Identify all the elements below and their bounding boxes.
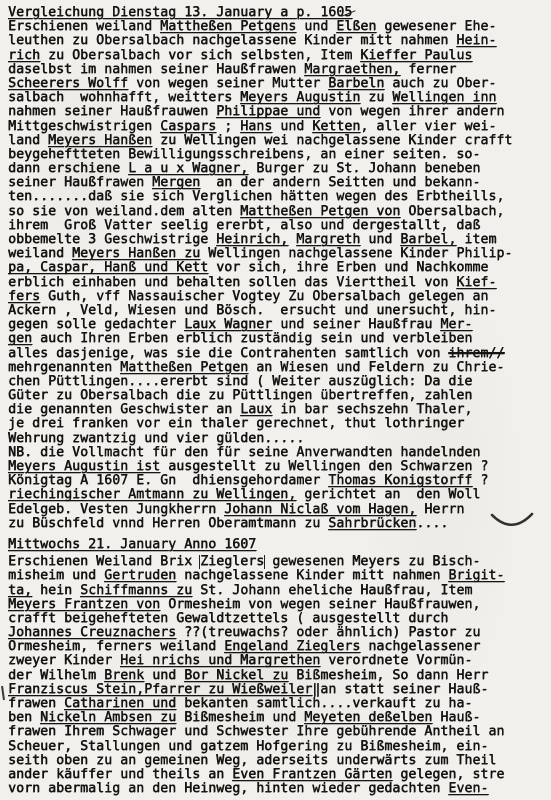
text-line: pa, Caspar, Hanß und Kett vor sich, ihre… xyxy=(8,261,551,275)
text-line: zweyer Kinder Hei nrichs und Margrethen … xyxy=(8,654,551,668)
text-line: misheim und Gertruden nachgelassene Kind… xyxy=(8,569,551,583)
text-run: Hei nrichs und Margrethen xyxy=(120,654,320,668)
text-run: Edelgeb. Vesten Jungkherrn xyxy=(8,503,224,517)
text-run: Brigit- xyxy=(448,569,504,583)
text-run: Meyers Hanßen xyxy=(48,134,152,148)
entry-heading-jan-13-1605: Vergleichung Dienstag 13. January a p. 1… xyxy=(8,6,551,20)
text-run: Burger zu St. Johann beneben xyxy=(248,162,480,176)
text-run: frawen Ihrem Schwager und Schwester Ihre… xyxy=(8,725,504,739)
text-run: Sahrbrücken xyxy=(328,517,416,531)
text-run: zweyer Kinder xyxy=(8,654,120,668)
text-run: und xyxy=(296,20,336,34)
text-line: seith oben zu an gemeinen Weg, aderseits… xyxy=(8,754,551,768)
text-run: item xyxy=(456,233,496,247)
text-line: frawen Ihrem Schwager und Schwester Ihre… xyxy=(8,725,551,739)
text-run: Brenk xyxy=(104,669,144,683)
text-run: ausgestellt zu Wellingen den Schwarzen ? xyxy=(160,460,488,474)
text-run: Ketten xyxy=(312,120,360,134)
text-run: Ackern , Veld, Wiesen und Bösch. ersucht… xyxy=(8,304,496,318)
text-run: Ormesheim, ferners weiland xyxy=(8,640,224,654)
text-run: vorn abermalig an den Heinweg, hinten wi… xyxy=(8,782,448,796)
text-run: Mergen xyxy=(152,176,200,190)
text-run: Herrn xyxy=(416,503,464,517)
text-run: gen xyxy=(8,332,32,346)
text-run: gewesenen Meyers zu Bisch- xyxy=(264,555,480,569)
text-line: NB. die Vollmacht für den für seine Anve… xyxy=(8,446,551,460)
text-line: frawen Catharinen und bekanten samtlich.… xyxy=(8,697,551,711)
text-run: Wellingen inn xyxy=(392,91,496,105)
text-run: nahmen seiner Haußfrauwen xyxy=(8,105,216,119)
text-run: Laux xyxy=(240,403,272,417)
text-run: 5 xyxy=(344,6,352,20)
text-run: Elßen xyxy=(336,20,376,34)
text-run: L a u x Wagner, xyxy=(128,162,248,176)
text-run: gerichtet an den Woll xyxy=(296,488,480,502)
text-run: Ormesheim von wegen seiner Haußfrauwen, xyxy=(160,598,480,612)
text-run: Mattheßen Petgens xyxy=(160,20,296,34)
text-line: die genannten Geschwister an Laux in bar… xyxy=(8,403,551,417)
text-line: beygeheftteten Bewilligungsschreibens, a… xyxy=(8,148,551,162)
text-run: Kieffer Paulus xyxy=(360,49,472,63)
text-run: Johannes Creuznachers xyxy=(8,626,176,640)
text-run: Heinrich, xyxy=(216,233,288,247)
text-line: Meyers Augustin ist ausgestellt zu Welli… xyxy=(8,460,551,474)
text-run: Hauß- xyxy=(432,711,480,725)
text-run: land xyxy=(8,134,48,148)
text-run: Bißmesheim, So dann Herr xyxy=(288,669,488,683)
text-run: Meyers Frantzen von xyxy=(8,598,160,612)
text-run: Obersalbach, xyxy=(400,205,504,219)
text-run: von wegen seiner Mutter xyxy=(128,77,328,91)
text-run: ; xyxy=(216,120,240,134)
text-run: misheim und xyxy=(8,569,104,583)
text-run: zu xyxy=(360,91,392,105)
entry-heading-jan-21-1607: Mittwochs 21. January Anno 1607 xyxy=(8,538,551,552)
text-line: dann erschiene L a u x Wagner, Burger zu… xyxy=(8,162,551,176)
text-run: Wellingen nachgelassene Kinder Philip- xyxy=(200,247,512,261)
text-run: , aller vier wei- xyxy=(360,120,496,134)
text-line: so sie von weiland.dem alten Mattheßen P… xyxy=(8,205,551,219)
text-run: Mattheßen Petgen xyxy=(120,361,248,375)
text-run: Mer- xyxy=(440,318,472,332)
text-run: salbach wohnhafft, weitters xyxy=(8,91,240,105)
text-run: pa, Caspar, Hanß und Kett xyxy=(8,261,208,275)
text-run: Erschienen Weiland Brix xyxy=(8,555,200,569)
text-run: Gertruden xyxy=(104,569,176,583)
text-line: ihrem Groß Vatter seelig ererbt, also un… xyxy=(8,219,551,233)
text-line: Johannes Creuznachers ??(treuwachs? oder… xyxy=(8,626,551,640)
text-run: gelegen, stre xyxy=(392,768,504,782)
text-run: mehrgenannten xyxy=(8,361,120,375)
text-run: crafft beigehefteten Gewaldtzettels ( au… xyxy=(8,612,448,626)
text-run: frawen xyxy=(8,697,64,711)
text-run: zu Obersalbach vor sich selbsten, Item xyxy=(40,49,360,63)
text-run: je drei franken vor ein thaler gerechnet… xyxy=(8,417,464,431)
text-run: vor sich, ihre Erben und Nachkomme xyxy=(208,261,488,275)
text-run: ihrem// xyxy=(448,347,504,361)
text-line: erblich einhaben und behalten sollen das… xyxy=(8,276,551,290)
text-run: Philippae und xyxy=(216,105,320,119)
text-line: vorn abermalig an den Heinweg, hinten wi… xyxy=(8,782,551,796)
text-run: und xyxy=(360,233,400,247)
text-line: gen auch Ihren Erben erblich zuständig s… xyxy=(8,332,551,346)
text-run: seith oben zu an gemeinen Weg, aderseits… xyxy=(8,754,496,768)
text-run: Bißmesheim und xyxy=(176,711,304,725)
text-line: crafft beigehefteten Gewaldtzettels ( au… xyxy=(8,612,551,626)
text-run: Wehrung zwantzig und vier gülden..... xyxy=(8,432,304,446)
text-line: Edelgeb. Vesten Jungkherrn Johann Niclaß… xyxy=(8,503,551,517)
text-run: die genannten Geschwister an xyxy=(8,403,240,417)
text-run: Mittgeschwistrigen xyxy=(8,120,160,134)
text-run: Mittwochs 21. January Anno 1607 xyxy=(8,538,256,552)
text-run: Hein- xyxy=(456,34,496,48)
text-run: Caspars xyxy=(160,120,216,134)
text-run: an Wiesen und Feldern zu Chrie- xyxy=(248,361,504,375)
text-run: Erschienen weiland xyxy=(8,20,160,34)
text-run: St. Johann eheliche Haußfrau, Item xyxy=(192,584,472,598)
text-run: ‖an statt seiner Hauß- xyxy=(312,683,488,697)
text-run: rich xyxy=(8,49,40,63)
text-run: nachgelassener xyxy=(360,640,480,654)
text-line: gegen solle gedachter Laux Wagner und se… xyxy=(8,318,551,332)
text-run: weiland xyxy=(8,247,72,261)
text-run: alles dasjenige, was sie die Contrahente… xyxy=(8,347,448,361)
text-run: an der andern Seitten und bekann- xyxy=(200,176,480,190)
text-line: Mittgeschwistrigen Caspars ; Hans und Ke… xyxy=(8,120,551,134)
text-run: Scheuer, Stallungen und gatzem Hofgering… xyxy=(8,740,488,754)
text-line: Wehrung zwantzig und vier gülden..... xyxy=(8,432,551,446)
text-run: so sie von weiland.dem alten xyxy=(8,205,240,219)
text-run: gewesener Ehe- xyxy=(376,20,496,34)
text-run: fers xyxy=(8,290,40,304)
text-line: Scheerers Wolff von wegen seiner Mutter … xyxy=(8,77,551,91)
text-run: Barbel, xyxy=(400,233,456,247)
text-line: Königtag A 1607 E. Gn dhiensgehordamer T… xyxy=(8,474,551,488)
text-run: Margreth xyxy=(296,233,360,247)
text-run: dann erschiene xyxy=(8,162,128,176)
text-run: verordnete Vormün- xyxy=(320,654,472,668)
text-run: auch Ihren Erben erblich zuständig sein … xyxy=(32,332,472,346)
text-run: auch zu Ober- xyxy=(384,77,496,91)
text-run: nachgelassene Kinder mitt nahmen xyxy=(176,569,448,583)
text-run: in bar sechszehn Thaler, xyxy=(272,403,472,417)
text-run: Meyers Hanßen zu xyxy=(72,247,200,261)
text-line: salbach wohnhafft, weitters Meyers Augus… xyxy=(8,91,551,105)
text-line: Scheuer, Stallungen und gatzem Hofgering… xyxy=(8,740,551,754)
text-run: Scheerers Wolff xyxy=(8,77,128,91)
text-run: ihrem Groß Vatter seelig ererbt, also un… xyxy=(8,219,480,233)
text-line: Erschienen Weiland Brix Zieglers gewesen… xyxy=(8,555,551,569)
text-run: riechingischer Amtmann zu Wellingen, xyxy=(8,488,296,502)
text-run: Catharinen und xyxy=(64,697,176,711)
text-run: und seiner Haußfrau xyxy=(272,318,440,332)
text-line: seiner Haußfrawen Mergen an der andern S… xyxy=(8,176,551,190)
text-run: Guth, vff Nassauischer Vogtey Zu Obersal… xyxy=(40,290,488,304)
text-run: ten.......daß sie sich Verglichen hätten… xyxy=(8,190,504,204)
text-line: Güter zu Obersalbach die zu Püttlingen ü… xyxy=(8,389,551,403)
text-run: von wegen ihrer andern xyxy=(320,105,504,119)
text-run: bekanten samtlich....verkauft zu ha- xyxy=(176,697,472,711)
text-line: Meyers Frantzen von Ormesheim von wegen … xyxy=(8,598,551,612)
text-run xyxy=(288,233,296,247)
text-line: obbemelte 3 Geschwistrige Heinrich, Marg… xyxy=(8,233,551,247)
text-run: Hans xyxy=(240,120,272,134)
text-line: je drei franken vor ein thaler gerechnet… xyxy=(8,417,551,431)
text-run: Vergleichung Dienstag 13. January a p. 1… xyxy=(8,6,344,20)
text-run: NB. die Vollmacht für den für seine Anve… xyxy=(8,446,480,460)
text-run: Zieglers xyxy=(200,555,264,569)
text-line: Franziscus Stein,Pfarrer zu Wießweiler‖a… xyxy=(8,683,551,697)
text-line: riechingischer Amtmann zu Wellingen, ger… xyxy=(8,488,551,502)
text-line: leuthen zu Obersalbach nachgelassene Kin… xyxy=(8,34,551,48)
text-run: beygeheftteten Bewilligungsschreibens, a… xyxy=(8,148,480,162)
text-run: Mattheßen Petgen von xyxy=(240,205,400,219)
text-run: Even- xyxy=(448,782,488,796)
text-run: .... xyxy=(416,517,448,531)
text-run: ferner xyxy=(400,63,456,77)
text-run: der Wilhelm xyxy=(8,669,104,683)
text-line: weiland Meyers Hanßen zu Wellingen nachg… xyxy=(8,247,551,261)
text-run: Even Frantzen Gärten xyxy=(232,768,392,782)
text-run: Margraethen, xyxy=(304,63,400,77)
text-run: gegen solle gedachter xyxy=(8,318,184,332)
text-run: Barbeln xyxy=(328,77,384,91)
text-line: der Wilhelm Brenk und Bor Nickel zu Bißm… xyxy=(8,669,551,683)
text-run: Königtag A 1607 E. Gn dhiensgehordamer xyxy=(8,474,328,488)
text-line: Erschienen weiland Mattheßen Petgens und… xyxy=(8,20,551,34)
text-run: Schiffmanns zu xyxy=(80,584,192,598)
text-run: leuthen zu Obersalbach nachgelassene Kin… xyxy=(8,34,456,48)
curve-icon xyxy=(489,511,535,531)
text-run: chen Püttlingen....ererbt sind ( Weiter … xyxy=(8,375,472,389)
text-run: Meyers Augustin xyxy=(240,91,360,105)
text-run: hein xyxy=(32,584,80,598)
text-line: Ormesheim, ferners weiland Engeland Zieg… xyxy=(8,640,551,654)
text-line: nahmen seiner Haußfrauwen Philippae und … xyxy=(8,105,551,119)
entry-body-jan-21-1607: Erschienen Weiland Brix Zieglers gewesen… xyxy=(8,555,551,796)
text-run: Thomas Konigstorff xyxy=(328,474,472,488)
text-run: zu Wellingen wei nachgelassene Kinder cr… xyxy=(152,134,512,148)
text-run: obbemelte 3 Geschwistrige xyxy=(8,233,216,247)
text-line: ben Nickeln Ambsen zu Bißmesheim und Mey… xyxy=(8,711,551,725)
text-line: Mittwochs 21. January Anno 1607 xyxy=(8,538,551,552)
handwritten-curve-mark xyxy=(489,511,535,535)
text-run: Meyeten deßelben xyxy=(304,711,432,725)
entry-body-jan-13-1605: Erschienen weiland Mattheßen Petgens und… xyxy=(8,20,551,531)
document-scan: Vergleichung Dienstag 13. January a p. 1… xyxy=(0,0,551,796)
text-line: alles dasjenige, was sie die Contrahente… xyxy=(8,347,551,361)
text-run: Güter zu Obersalbach die zu Püttlingen ü… xyxy=(8,389,472,403)
text-run: Laux Wagner xyxy=(184,318,272,332)
text-run: seiner Haußfrawen xyxy=(8,176,152,190)
text-run: Johann Niclaß vom Hagen, xyxy=(224,503,416,517)
text-run: ? xyxy=(472,474,488,488)
text-line: chen Püttlingen....ererbt sind ( Weiter … xyxy=(8,375,551,389)
text-line: Vergleichung Dienstag 13. January a p. 1… xyxy=(8,6,551,20)
text-run: ??(treuwachs? oder ähnlich) Pastor zu xyxy=(176,626,480,640)
text-line: zu Büschfeld vnnd Herren Oberamtmann zu … xyxy=(8,517,551,531)
text-line: ta, hein Schiffmanns zu St. Johann eheli… xyxy=(8,584,551,598)
text-run: Kief- xyxy=(456,276,496,290)
text-run: Bor Nickel zu xyxy=(184,669,288,683)
text-line: Ackern , Veld, Wiesen und Bösch. ersucht… xyxy=(8,304,551,318)
text-line: mehrgenannten Mattheßen Petgen an Wiesen… xyxy=(8,361,551,375)
text-run: und xyxy=(272,120,312,134)
text-line: rich zu Obersalbach vor sich selbsten, I… xyxy=(8,49,551,63)
text-run: ander käuffer und theils an xyxy=(8,768,232,782)
text-run: ta, xyxy=(8,584,32,598)
text-run: Engeland Zieglers xyxy=(224,640,360,654)
text-run: ben xyxy=(8,711,40,725)
text-line: daselbst im nahmen seiner Haußfrawen Mar… xyxy=(8,63,551,77)
text-line: ander käuffer und theils an Even Frantze… xyxy=(8,768,551,782)
text-run: Meyers Augustin ist xyxy=(8,460,160,474)
text-run: Nickeln Ambsen zu xyxy=(40,711,176,725)
text-line: fers Guth, vff Nassauischer Vogtey Zu Ob… xyxy=(8,290,551,304)
text-line: ten.......daß sie sich Verglichen hätten… xyxy=(8,190,551,204)
text-run: zu Büschfeld vnnd Herren Oberamtmann zu xyxy=(8,517,328,531)
text-run: erblich einhaben und behalten sollen das… xyxy=(8,276,456,290)
text-run: daselbst im nahmen seiner Haußfrawen xyxy=(8,63,304,77)
text-run: Franziscus Stein,Pfarrer zu Wießweiler xyxy=(8,683,312,697)
text-line: land Meyers Hanßen zu Wellingen wei nach… xyxy=(8,134,551,148)
text-run: und xyxy=(144,669,184,683)
